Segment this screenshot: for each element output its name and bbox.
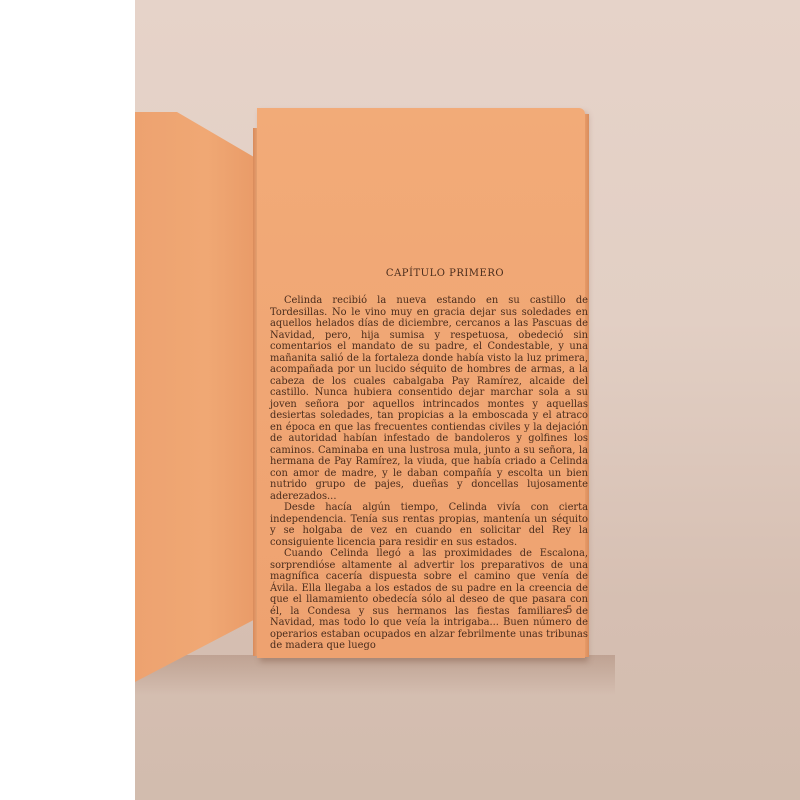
left-page bbox=[135, 112, 255, 682]
chapter-body: Celinda recibió la nueva estando en su c… bbox=[270, 295, 588, 652]
chapter-content: CAPÍTULO PRIMERO Celinda recibió la nuev… bbox=[270, 268, 588, 652]
paragraph: Desde hacía algún tiempo, Celinda vivía … bbox=[270, 502, 588, 548]
paragraph: Celinda recibió la nueva estando en su c… bbox=[270, 295, 588, 502]
chapter-title: CAPÍTULO PRIMERO bbox=[290, 268, 600, 279]
page-number: 5 bbox=[566, 605, 572, 616]
book-shadow bbox=[135, 655, 615, 695]
paragraph: Cuando Celinda llegó a las proximidades … bbox=[270, 548, 588, 652]
